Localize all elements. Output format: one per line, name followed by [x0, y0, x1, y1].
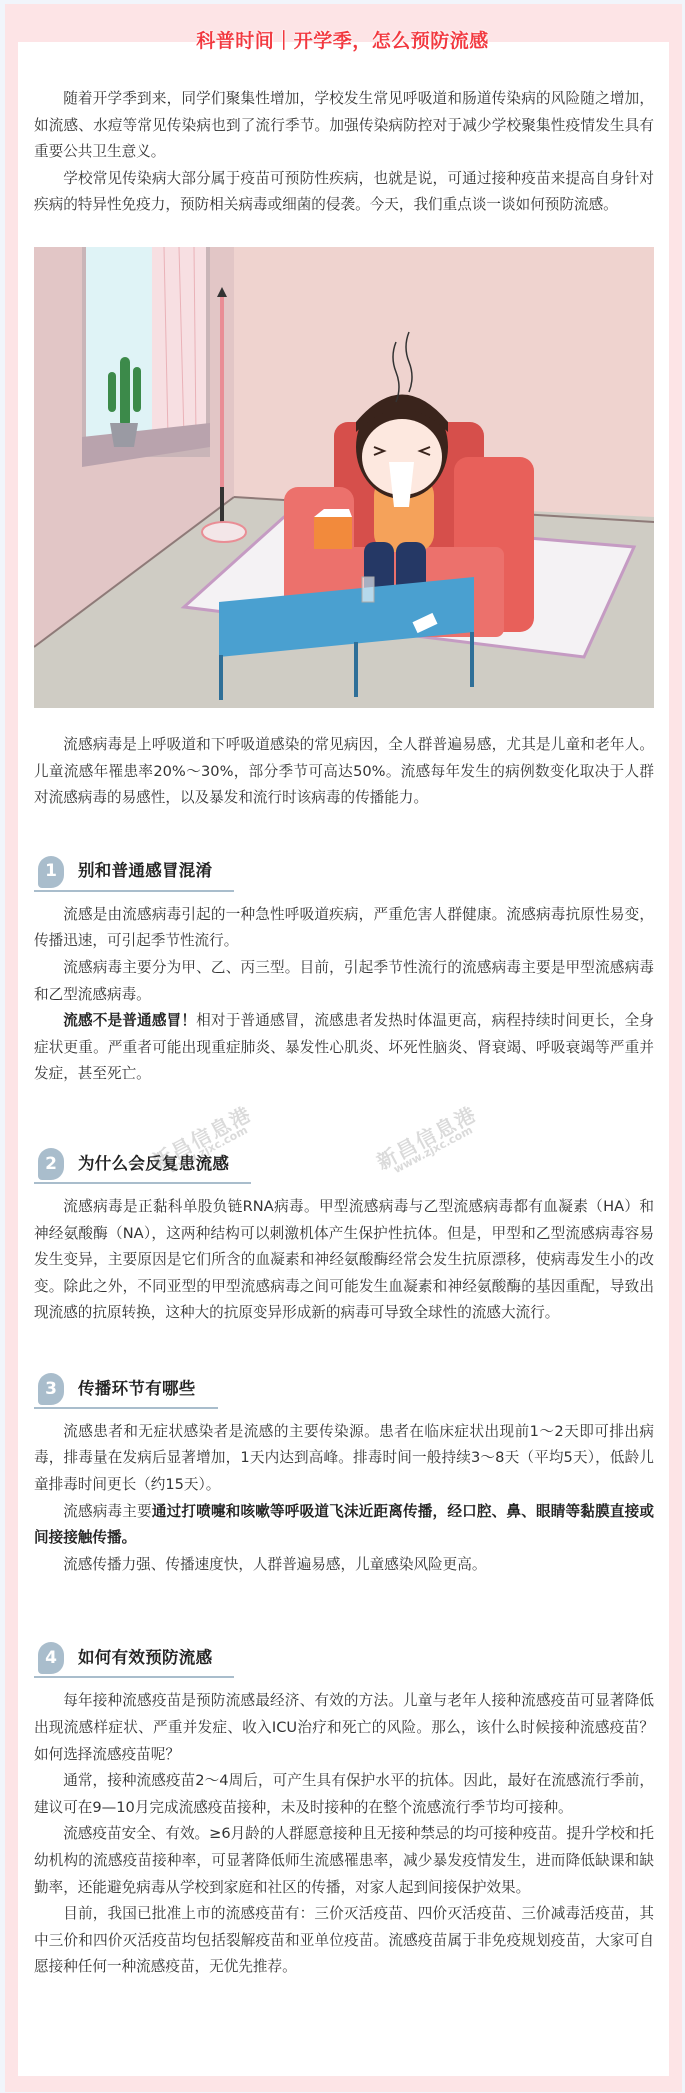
section-paragraph: 流感疫苗安全、有效。≥6月龄的人群愿意接种且无接种禁忌的均可接种疫苗。提升学校和…	[34, 1821, 654, 1901]
section-paragraph: 流感不是普通感冒！相对于普通感冒，流感患者发热时体温更高，病程持续时间更长，全身…	[34, 1008, 654, 1088]
section-paragraph: 流感病毒是正黏科单股负链RNA病毒。甲型流感病毒与乙型流感病毒都有血凝素（HA）…	[34, 1194, 654, 1327]
article-title: 科普时间｜开学季，怎么预防流感	[0, 26, 685, 56]
section-number-badge: 4	[38, 1642, 64, 1674]
section-paragraph: 流感是由流感病毒引起的一种急性呼吸道疾病，严重危害人群健康。流感病毒抗原性易变，…	[34, 902, 654, 955]
section-title: 传播环节有哪些	[78, 1376, 196, 1403]
illustration-image	[34, 247, 654, 708]
section-number-badge: 3	[38, 1373, 64, 1405]
article-body: 随着开学季到来，同学们聚集性增加，学校发生常见呼吸道和肠道传染病的风险随之增加，…	[34, 86, 654, 1981]
section-heading-1: 1 别和普通感冒混淆	[34, 854, 234, 892]
section-paragraph: 流感患者和无症状感染者是流感的主要传染源。患者在临床症状出现前1～2天即可排出病…	[34, 1419, 654, 1499]
intro-paragraph: 随着开学季到来，同学们聚集性增加，学校发生常见呼吸道和肠道传染病的风险随之增加，…	[34, 86, 654, 166]
section-number-badge: 1	[38, 856, 64, 888]
section-paragraph: 目前，我国已批准上市的流感疫苗有：三价灭活疫苗、四价灭活疫苗、三价减毒活疫苗，其…	[34, 1901, 654, 1981]
intro-paragraph: 学校常见传染病大部分属于疫苗可预防性疾病，也就是说，可通过接种疫苗来提高自身针对…	[34, 166, 654, 219]
section-heading-4: 4 如何有效预防流感	[34, 1640, 234, 1678]
section-heading-3: 3 传播环节有哪些	[34, 1371, 218, 1409]
section-paragraph: 通常，接种流感疫苗2～4周后，可产生具有保护水平的抗体。因此，最好在流感流行季前…	[34, 1768, 654, 1821]
section-paragraph: 流感病毒主要通过打喷嚏和咳嗽等呼吸道飞沫近距离传播，经口腔、鼻、眼睛等黏膜直接或…	[34, 1499, 654, 1552]
sneezing-girl-illustration-icon	[34, 247, 654, 708]
section-paragraph: 流感病毒主要分为甲、乙、丙三型。目前，引起季节性流行的流感病毒主要是甲型流感病毒…	[34, 955, 654, 1008]
section-number-badge: 2	[38, 1148, 64, 1180]
section-paragraph: 流感传播力强、传播速度快，人群普遍易感，儿童感染风险更高。	[34, 1552, 654, 1579]
after-image-paragraph: 流感病毒是上呼吸道和下呼吸道感染的常见病因，全人群普遍易感，尤其是儿童和老年人。…	[34, 732, 654, 812]
section-title: 如何有效预防流感	[78, 1645, 212, 1672]
emphasis-text: 流感不是普通感冒！	[63, 1012, 196, 1029]
section-paragraph: 每年接种流感疫苗是预防流感最经济、有效的方法。儿童与老年人接种流感疫苗可显著降低…	[34, 1688, 654, 1768]
section-title: 别和普通感冒混淆	[78, 858, 212, 885]
